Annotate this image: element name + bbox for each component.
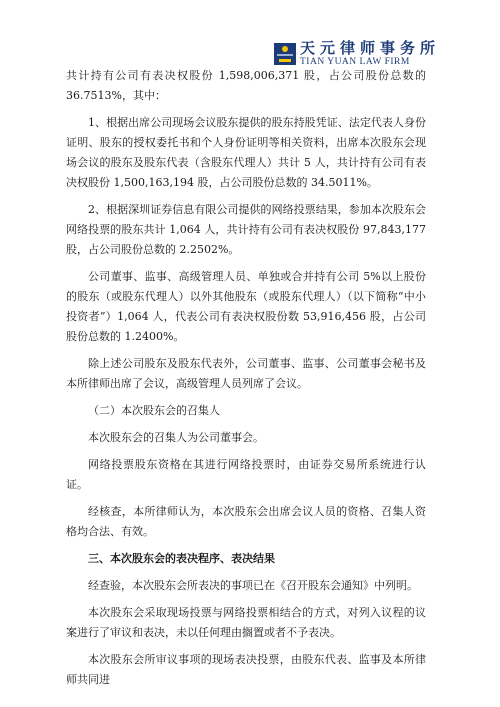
- paragraph-convener: 本次股东会的召集人为公司董事会。: [66, 428, 426, 448]
- paragraph-minority-investors: 公司董事、监事、高级管理人员、单独或合并持有公司 5%以上股份的股东（或股东代理…: [66, 267, 426, 347]
- paragraph-lawyer-opinion: 经核查，本所律师认为，本次股东会出席会议人员的资格、召集人资格均合法、有效。: [66, 502, 426, 542]
- paragraph-other-attendees: 除上述公司股东及股东代表外，公司董事、监事、公司董事会秘书及本所律师出席了会议，…: [66, 354, 426, 394]
- paragraph-online-qualification: 网络投票股东资格在其进行网络投票时，由证券交易所系统进行认证。: [66, 455, 426, 495]
- section-heading-voting: 三、本次股东会的表决程序、表决结果: [66, 549, 426, 569]
- logo-chinese-name: 天元律师事务所: [300, 41, 440, 56]
- subheading-convener: （二）本次股东会的召集人: [66, 401, 426, 421]
- paragraph-onsite-attendance: 1、根据出席公司现场会议股东提供的股东持股凭证、法定代表人身份证明、股东的授权委…: [66, 113, 426, 193]
- paragraph-continuation: 共计持有公司有表决权股份 1,598,006,371 股，占公司股份总数的 36…: [66, 66, 426, 106]
- paragraph-onsite-counting: 本次股东会所审议事项的现场表决投票，由股东代表、监事及本所律师共同进: [66, 650, 426, 690]
- logo-emblem-icon: [274, 43, 296, 65]
- paragraph-matters-listed: 经查验，本次股东会所表决的事项已在《召开股东会通知》中列明。: [66, 576, 426, 596]
- law-firm-logo: 天元律师事务所 TIAN YUAN LAW FIRM: [274, 41, 440, 68]
- document-body: 共计持有公司有表决权股份 1,598,006,371 股，占公司股份总数的 36…: [66, 66, 426, 697]
- paragraph-online-voting: 2、根据深圳证券信息有限公司提供的网络投票结果，参加本次股东会网络投票的股东共计…: [66, 200, 426, 260]
- paragraph-voting-method: 本次股东会采取现场投票与网络投票相结合的方式，对列入议程的议案进行了审议和表决，…: [66, 603, 426, 643]
